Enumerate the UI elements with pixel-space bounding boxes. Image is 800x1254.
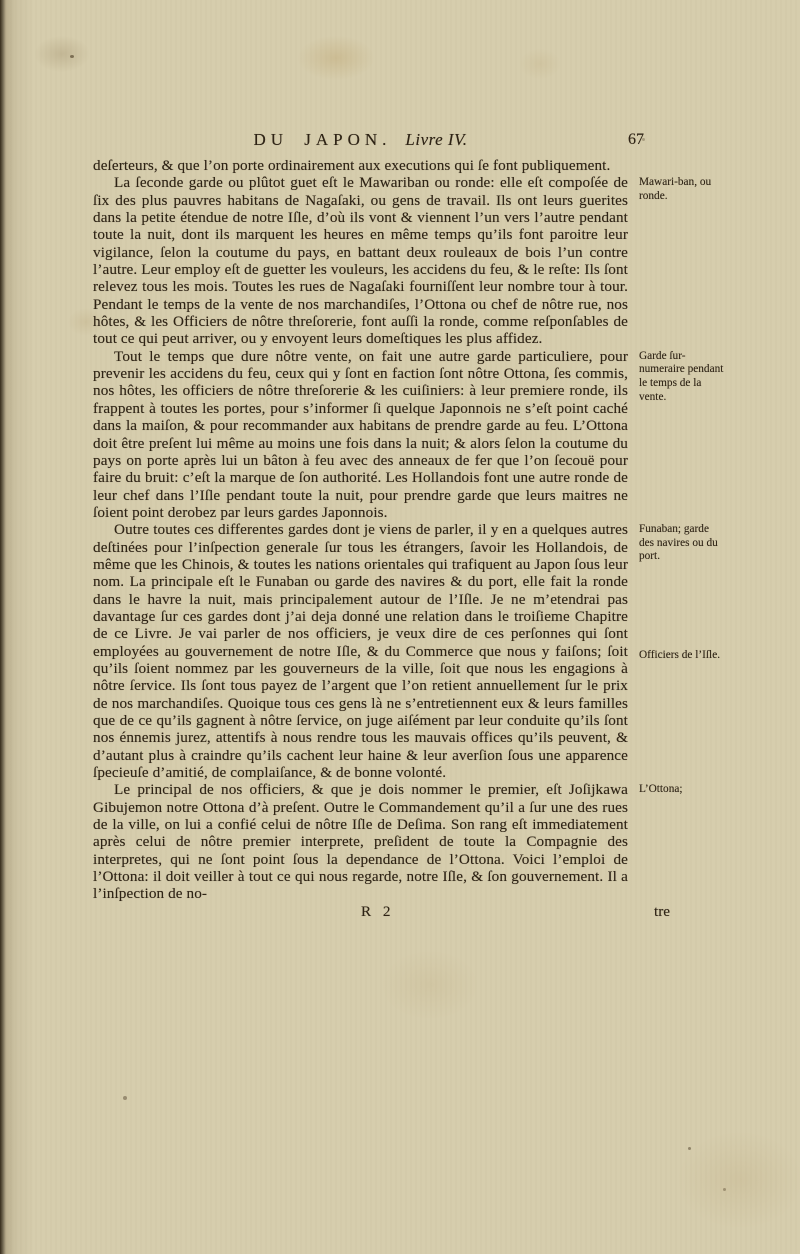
- paragraph-text: deſerteurs, & que l’on porte ordinaireme…: [93, 157, 628, 174]
- margin-note-ottona: L’Ottona;: [639, 783, 725, 797]
- signature-line: R 2 tre: [93, 903, 628, 921]
- running-head: DU JAPON. Livre IV. 67: [93, 130, 628, 152]
- paragraph-text: La ſeconde garde ou plûtot guet eſt le M…: [93, 174, 628, 347]
- paper-speck: [123, 1096, 127, 1100]
- paragraph-text: Tout le temps que dure nôtre vente, on f…: [93, 348, 628, 521]
- margin-note-funaban: Funaban; garde des navires ou du port.: [639, 523, 725, 564]
- paper-speck: [723, 1188, 726, 1191]
- paragraph-ottona: Le principal de nos officiers, & que je …: [93, 781, 628, 902]
- margin-note-officiers: Officiers de l’Iſle.: [639, 649, 725, 663]
- paragraph-garde-surnumeraire: Tout le temps que dure nôtre vente, on f…: [93, 348, 628, 521]
- margin-note-garde-surnumeraire: Garde ſur-numeraire pendant le temps de …: [639, 350, 725, 404]
- paper-speck: [688, 1147, 691, 1150]
- paragraph-mawariban: La ſeconde garde ou plûtot guet eſt le M…: [93, 174, 628, 347]
- text-block: deſerteurs, & que l’on porte ordinaireme…: [93, 157, 628, 921]
- signature-mark: R 2: [361, 903, 395, 920]
- book-page: DU JAPON. Livre IV. 67 deſerteurs, & que…: [0, 0, 800, 1254]
- paragraph-continuation: deſerteurs, & que l’on porte ordinaireme…: [93, 157, 628, 174]
- paragraph-text: Le principal de nos officiers, & que je …: [93, 781, 628, 902]
- book-title: Livre IV.: [405, 130, 467, 149]
- paragraph-funaban: Outre toutes ces differentes gardes dont…: [93, 521, 628, 781]
- margin-note-mawariban: Mawari-ban, ou ronde.: [639, 176, 725, 203]
- paper-speck: [70, 55, 74, 58]
- paragraph-text: Outre toutes ces differentes gardes dont…: [93, 521, 628, 781]
- section-title: DU JAPON.: [253, 130, 391, 149]
- page-number: 67: [628, 131, 644, 149]
- catchword: tre: [654, 903, 670, 920]
